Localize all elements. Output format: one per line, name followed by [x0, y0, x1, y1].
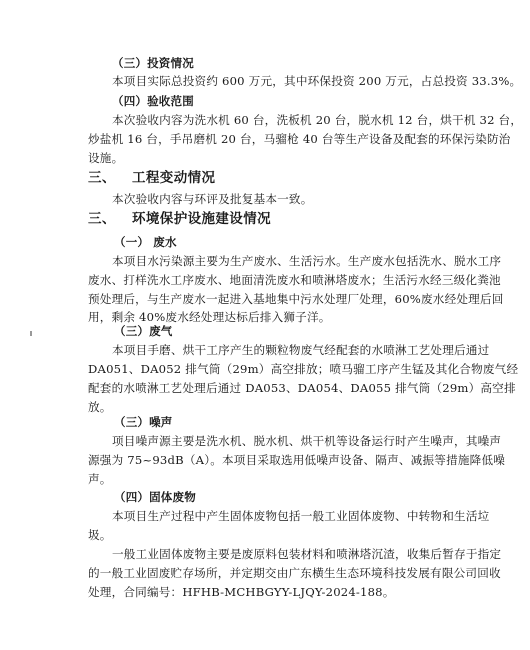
paragraph-line: 项目噪声源主要是洗水机、脱水机、烘干机等设备运行时产生噪声，其噪声	[112, 434, 501, 448]
scan-artifact-mark	[30, 331, 32, 336]
heading-noise: （三）噪声	[114, 415, 173, 429]
document-page: （三）投资情况 本项目实际总投资约 600 万元，其中环保投资 200 万元，占…	[0, 0, 530, 650]
section-number: 三、	[88, 170, 132, 186]
paragraph-line: 炒盐机 16 台，手吊磨机 20 台，马骝枪 40 台等生产设备及配套的环保污染…	[88, 132, 511, 146]
paragraph-line: 本项目水污染源主要为生产废水、生活污水。生产废水包括洗水、脱水工序	[112, 254, 501, 268]
heading-engineering-changes: 三、工程变动情况	[88, 170, 215, 186]
heading-solid-waste: （四）固体废物	[114, 490, 196, 504]
heading-acceptance-scope: （四）验收范围	[112, 94, 194, 108]
paragraph-line: 本次验收内容与环评及批复基本一致。	[112, 192, 313, 206]
section-title: 工程变动情况	[132, 170, 215, 186]
paragraph-line: 声。	[88, 472, 112, 486]
heading-env-protection: 三、环境保护设施建设情况	[88, 211, 271, 227]
paragraph-line: 处理，合同编号：HFHB-MCHBGYY-LJQY-2024-188。	[88, 585, 395, 599]
paragraph-line: 用，剩余 40%废水经处理达标后排入狮子洋。	[88, 310, 331, 324]
heading-exhaust: （三）废气	[114, 324, 173, 338]
paragraph-line: 本次验收内容为洗水机 60 台，洗板机 20 台，脱水机 12 台，烘干机 32…	[112, 113, 522, 127]
heading-wastewater: （一） 废水	[114, 235, 177, 249]
paragraph-line: 设施。	[88, 151, 123, 165]
paragraph-line: 放。	[88, 400, 112, 414]
paragraph-line: 一般工业固体废物主要是废原料包装材料和喷淋塔沉渣，收集后暂存于指定	[112, 547, 501, 561]
paragraph-line: 废水、打样洗水工序废水、地面清洗废水和喷淋塔废水；生活污水经三级化粪池	[88, 273, 501, 287]
paragraph-line: 源强为 75~93dB（A）。本项目采取选用低噪声设备、隔声、减振等措施降低噪	[88, 453, 505, 467]
paragraph-line: 圾。	[88, 528, 112, 542]
paragraph-line: 本项目实际总投资约 600 万元，其中环保投资 200 万元，占总投资 33.3…	[112, 74, 521, 88]
section-number: 三、	[88, 211, 132, 227]
paragraph-line: DA051、DA052 排气筒（29m）高空排放；喷马骝工序产生锰及其化合物废气…	[88, 362, 518, 376]
paragraph-line: 的一般工业固废贮存场所，并定期交由广东横生生态环境科技发展有限公司回收	[88, 566, 501, 580]
section-title: 环境保护设施建设情况	[132, 211, 271, 227]
paragraph-line: 预处理后，与生产废水一起进入基地集中污水处理厂处理，60%废水经处理后回	[88, 292, 504, 306]
paragraph-line: 配套的水喷淋工艺处理后通过 DA053、DA054、DA055 排气筒（29m）…	[88, 381, 516, 395]
paragraph-line: 本项目生产过程中产生固体废物包括一般工业固体废物、中转物和生活垃	[112, 509, 489, 523]
paragraph-line: 本项目手磨、烘干工序产生的颗粒物废气经配套的水喷淋工艺处理后通过	[112, 343, 489, 357]
heading-investment: （三）投资情况	[112, 56, 194, 70]
